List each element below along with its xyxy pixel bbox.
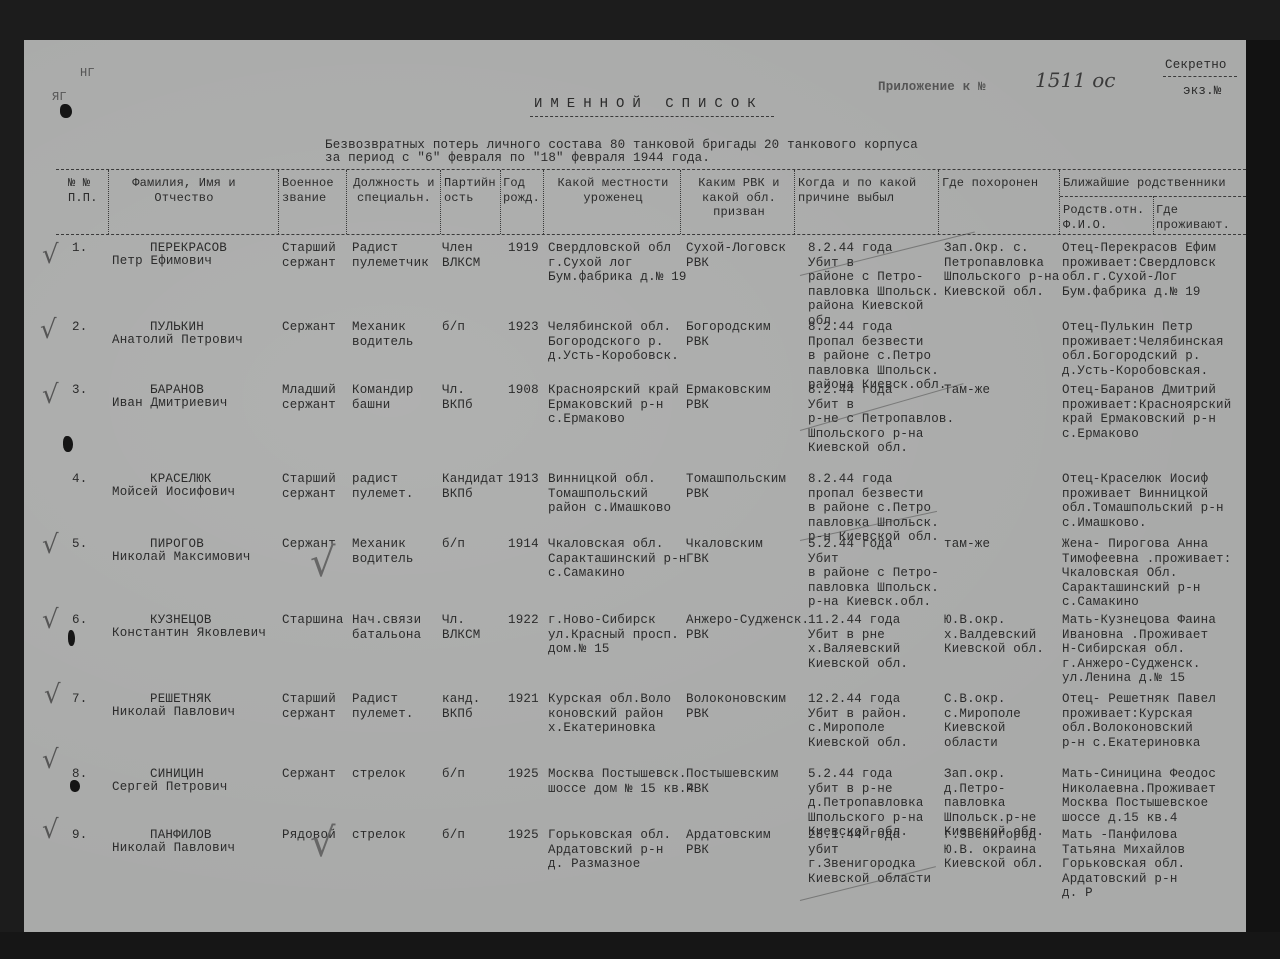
cell-num: 9. (72, 828, 87, 843)
cell-when-why: убит (808, 843, 839, 858)
cell-conscripted: ГВК (686, 552, 709, 567)
cell-rank: Младший (282, 383, 336, 398)
table-top-border (56, 169, 1246, 170)
col-header-relation: Родств.отн. Ф.И.О. (1063, 203, 1153, 232)
cell-origin: Москва Постышевск. (548, 767, 687, 782)
cell-rank: Старший (282, 692, 336, 707)
cell-position: Механик (352, 320, 406, 335)
col-divider (680, 170, 681, 234)
cell-conscripted: РВК (686, 843, 709, 858)
cell-buried: Ю.В. окраина (944, 843, 1036, 858)
cell-party: б/п (442, 320, 465, 335)
cell-buried: Там-же (944, 383, 990, 398)
check-mark-icon: √ (42, 380, 59, 410)
cell-relatives: обл.Волоконовский (1062, 721, 1193, 736)
cell-when-why: Шпольского р-на (808, 427, 924, 442)
cell-origin: х.Екатериновка (548, 721, 656, 736)
copy-label: экз.№ (1183, 84, 1222, 99)
cell-position: водитель (352, 552, 414, 567)
cell-relatives: Мать -Панфилова (1062, 828, 1178, 843)
cell-given: Петр Ефимович (112, 254, 212, 269)
cell-party: Кандидат (442, 472, 504, 487)
col-divider (278, 170, 279, 234)
check-mark-icon: √ (42, 745, 59, 775)
cell-given: Мойсей Иосифович (112, 485, 235, 500)
cell-when-why: 8.2.44 года (808, 320, 893, 335)
subtitle-line-2: за период с "6" февраля по "18" февраля … (325, 151, 710, 166)
cell-relatives: Саракташинский р-н (1062, 581, 1201, 596)
cell-num: 3. (72, 383, 87, 398)
cell-party: ВКПб (442, 707, 473, 722)
cell-relatives: д. Р (1062, 886, 1093, 901)
cell-when-why: Киевской обл. (808, 736, 908, 751)
cell-origin: с.Самакино (548, 566, 625, 581)
cell-when-why: 28.1.44 года (808, 828, 900, 843)
cell-origin: Томашпольский (548, 487, 648, 502)
cell-relatives: Чкаловская Обл. (1062, 566, 1178, 581)
cell-when-why: убит в р-не (808, 782, 893, 797)
cell-position: батальона (352, 628, 421, 643)
cell-buried: Зап.окр. (944, 767, 1006, 782)
cell-buried: Киевской обл. (944, 857, 1044, 872)
cell-rank: Сержант (282, 320, 336, 335)
cell-relatives: проживает:Курская (1062, 707, 1193, 722)
cell-relatives: Жена- Пирогова Анна (1062, 537, 1208, 552)
cell-relatives: д.Усть-Коробовская. (1062, 364, 1208, 379)
cell-party: канд. (442, 692, 481, 707)
table-header-border (56, 234, 1246, 235)
cell-when-why: 8.2.44 года (808, 241, 893, 256)
cell-conscripted: Анжеро-Судженск. (686, 613, 809, 628)
cell-party: Член (442, 241, 473, 256)
cell-relatives: край Ермаковский р-н (1062, 412, 1216, 427)
cell-origin: Богородского р. (548, 335, 664, 350)
cell-relatives: г.Анжеро-Судженск. (1062, 657, 1201, 672)
cell-party: Чл. (442, 613, 465, 628)
cell-relatives: Татьяна Михайлов (1062, 843, 1185, 858)
cell-conscripted: Томашпольским (686, 472, 786, 487)
cell-position: Механик (352, 537, 406, 552)
col-header-party: Партийность (444, 176, 498, 205)
cell-num: 8. (72, 767, 87, 782)
cell-when-why: пропал безвести (808, 487, 924, 502)
cell-relatives: Ардатовский р-н (1062, 872, 1178, 887)
cell-origin: Чкаловская обл. (548, 537, 664, 552)
cell-when-why: в районе с.Петро (808, 501, 931, 516)
cell-relatives: проживает:Свердловск (1062, 256, 1216, 271)
cell-origin: шоссе дом № 15 кв.4 (548, 782, 694, 797)
cell-num: 7. (72, 692, 87, 707)
cell-position: стрелок (352, 828, 406, 843)
col-divider (346, 170, 347, 234)
check-mark-icon: √ (42, 605, 59, 635)
cell-when-why: Киевской обл. (808, 657, 908, 672)
cell-when-why: Убит в (808, 398, 854, 413)
scan-edge-bottom (0, 932, 1280, 959)
cell-when-why: Киевской обл. (808, 441, 908, 456)
cell-origin: Курская обл.Воло (548, 692, 671, 707)
cell-origin: Винницкой обл. (548, 472, 656, 487)
cell-when-why: районе с Петро- (808, 270, 924, 285)
cell-relatives: шоссе д.15 кв.4 (1062, 811, 1178, 826)
cell-relatives: с.Имашково. (1062, 516, 1147, 531)
col-divider (543, 170, 544, 234)
cell-when-why: с.Мирополе (808, 721, 885, 736)
col-header-residence: Где проживают. (1156, 203, 1244, 232)
col-header-rank: Военное звание (282, 176, 344, 205)
cell-position: радист (352, 472, 398, 487)
margin-note-1: НГ (80, 66, 95, 81)
col-divider (108, 170, 109, 234)
check-mark-icon: √ (310, 820, 336, 866)
cell-given: Анатолий Петрович (112, 333, 243, 348)
cell-buried: х.Валдевский (944, 628, 1036, 643)
cell-conscripted: РВК (686, 628, 709, 643)
col-header-name: Фамилия, Имя и Отчество (114, 176, 254, 205)
cell-given: Николай Павлович (112, 705, 235, 720)
col-header-when-why: Когда и по какой причине выбыл (798, 176, 938, 205)
cell-conscripted: Ардатовским (686, 828, 771, 843)
cell-relatives: проживает:Красноярский (1062, 398, 1231, 413)
cell-position: башни (352, 398, 391, 413)
cell-num: 4. (72, 472, 87, 487)
cell-origin: ул.Красный просп. (548, 628, 679, 643)
cell-origin: Горьковская обл. (548, 828, 671, 843)
cell-position: стрелок (352, 767, 406, 782)
cell-position: пулемет. (352, 707, 414, 722)
ink-blot (60, 104, 72, 118)
cell-origin: Саракташинский р-н (548, 552, 687, 567)
cell-when-why: 11.2.44 года (808, 613, 900, 628)
cell-position: Командир (352, 383, 414, 398)
cell-rank: Старший (282, 472, 336, 487)
margin-note-2: ЯГ (52, 90, 67, 105)
cell-conscripted: РВК (686, 782, 709, 797)
col-header-position: Должность и специальн. (350, 176, 438, 205)
cell-buried: Киевской обл. (944, 285, 1044, 300)
cell-relatives: обл.Томашпольский р-н (1062, 501, 1224, 516)
cell-birth-year: 1923 (508, 320, 539, 335)
cell-when-why: Убит (808, 552, 839, 567)
cell-origin: Челябинской обл. (548, 320, 671, 335)
cell-conscripted: Волоконовским (686, 692, 786, 707)
cell-num: 2. (72, 320, 87, 335)
cell-when-why: р-на Киевск.обл. (808, 595, 931, 610)
cell-position: Нач.связи (352, 613, 421, 628)
cell-relatives: Горьковская обл. (1062, 857, 1185, 872)
cell-origin: коновский район (548, 707, 664, 722)
cell-given: Константин Яковлевич (112, 626, 266, 641)
cell-party: ВЛКСМ (442, 628, 481, 643)
cell-when-why: 8.2.44 года (808, 472, 893, 487)
check-mark-icon: √ (42, 530, 59, 560)
cell-when-why: х.Валяевский (808, 642, 900, 657)
cell-relatives: проживает Винницкой (1062, 487, 1208, 502)
cell-buried: Ю.В.окр. (944, 613, 1006, 628)
cell-rank: сержант (282, 487, 336, 502)
cell-when-why: района Киевской (808, 299, 924, 314)
cell-relatives: обл.Богородский р. (1062, 349, 1201, 364)
cell-rank: сержант (282, 398, 336, 413)
cell-origin: д.Усть-Коробовск. (548, 349, 679, 364)
cell-num: 5. (72, 537, 87, 552)
cell-conscripted: РВК (686, 398, 709, 413)
cell-when-why: 8.2.44 года (808, 383, 893, 398)
cell-buried: там-же (944, 537, 990, 552)
cell-conscripted: РВК (686, 707, 709, 722)
col-divider (500, 170, 501, 234)
cell-conscripted: РВК (686, 335, 709, 350)
divider (1163, 76, 1237, 77)
cell-buried: С.В.окр. (944, 692, 1006, 707)
cell-num: 6. (72, 613, 87, 628)
cell-buried: павловка (944, 796, 1006, 811)
cell-rank: Сержант (282, 767, 336, 782)
cell-birth-year: 1908 (508, 383, 539, 398)
cell-when-why: д.Петропавловка (808, 796, 924, 811)
cell-origin: г.Ново-Сибирск (548, 613, 656, 628)
cell-rank: сержант (282, 256, 336, 271)
cell-position: Радист (352, 692, 398, 707)
col-divider (938, 170, 939, 234)
cell-conscripted: РВК (686, 256, 709, 271)
cell-rank: Старший (282, 241, 336, 256)
cell-when-why: в районе с Петро- (808, 566, 939, 581)
cell-when-why: 12.2.44 года (808, 692, 900, 707)
cell-conscripted: РВК (686, 487, 709, 502)
cell-relatives: проживает:Челябинская (1062, 335, 1224, 350)
cell-party: ВКПб (442, 398, 473, 413)
cell-when-why: Убит в район. (808, 707, 908, 722)
cell-when-why: 5.2.44 года (808, 537, 893, 552)
cell-relatives: Отец- Решетняк Павел (1062, 692, 1216, 707)
cell-when-why: 5.2.44 года (808, 767, 893, 782)
scan-edge-right (1246, 40, 1280, 940)
cell-conscripted: Постышевским (686, 767, 778, 782)
secret-label: Секретно (1165, 58, 1227, 73)
cell-origin: район с.Имашково (548, 501, 671, 516)
cell-conscripted: Чкаловским (686, 537, 763, 552)
check-mark-icon: √ (44, 680, 61, 710)
cell-position: водитель (352, 335, 414, 350)
cell-origin: Красноярский край (548, 383, 679, 398)
cell-buried: области (944, 736, 998, 751)
cell-rank: Старшина (282, 613, 344, 628)
ink-blot (63, 436, 73, 452)
cell-party: ВЛКСМ (442, 256, 481, 271)
cell-origin: Ермаковский р-н (548, 398, 664, 413)
cell-relatives: Мать-Кузнецова Фаина (1062, 613, 1216, 628)
cell-relatives: Тимофеевна .проживает: (1062, 552, 1231, 567)
col-header-num: № № П.П. (68, 176, 108, 205)
cell-party: б/п (442, 537, 465, 552)
cell-position: Радист (352, 241, 398, 256)
cell-given: Сергей Петрович (112, 780, 228, 795)
cell-when-why: павловка Шпольск. (808, 516, 939, 531)
cell-when-why: Пропал безвести (808, 335, 924, 350)
cell-birth-year: 1925 (508, 767, 539, 782)
cell-when-why: павловка Шпольск. (808, 364, 939, 379)
cell-num: 1. (72, 241, 87, 256)
cell-buried: г.Звенигород (944, 828, 1036, 843)
cell-relatives: Н-Сибирская обл. (1062, 642, 1185, 657)
cell-buried: с.Мирополе (944, 707, 1021, 722)
cell-relatives: Отец-Пулькин Петр (1062, 320, 1193, 335)
cell-buried: Киевской обл. (944, 642, 1044, 657)
cell-party: б/п (442, 767, 465, 782)
cell-relatives: Николаевна.Проживает (1062, 782, 1216, 797)
cell-origin: Бум.фабрика д.№ 19 (548, 270, 687, 285)
cell-relatives: Москва Постышевское (1062, 796, 1208, 811)
cell-when-why: г.Звенигородка (808, 857, 916, 872)
cell-relatives: Ивановна .Проживает (1062, 628, 1208, 643)
cell-origin: г.Сухой лог (548, 256, 633, 271)
cell-when-why: Киевской области (808, 872, 931, 887)
col-header-relatives: Ближайшие родственники (1063, 176, 1226, 191)
ink-blot (68, 630, 75, 646)
cell-relatives: Мать-Синицина Феодос (1062, 767, 1216, 782)
cell-birth-year: 1921 (508, 692, 539, 707)
cell-conscripted: Богородским (686, 320, 771, 335)
cell-given: Николай Павлович (112, 841, 235, 856)
appendix-number: 1511 ос (1035, 68, 1116, 92)
col-divider (440, 170, 441, 234)
cell-buried: Киевской (944, 721, 1006, 736)
cell-when-why: павловка Шпольск. (808, 285, 939, 300)
cell-relatives: Бум.фабрика д.№ 19 (1062, 285, 1201, 300)
cell-origin: Ардатовский р-н (548, 843, 664, 858)
cell-given: Иван Дмитриевич (112, 396, 228, 411)
cell-birth-year: 1919 (508, 241, 539, 256)
title-underline (530, 116, 774, 117)
col-header-origin: Какой местности уроженец (548, 176, 678, 205)
appendix-label: Приложение к № (878, 80, 986, 95)
ink-blot (70, 780, 80, 792)
cell-rank: сержант (282, 707, 336, 722)
cell-birth-year: 1922 (508, 613, 539, 628)
check-mark-icon: √ (42, 240, 59, 270)
cell-relatives: обл.г.Сухой-Лог (1062, 270, 1178, 285)
cell-party: б/п (442, 828, 465, 843)
cell-origin: дом.№ 15 (548, 642, 610, 657)
cell-party: ВКПб (442, 487, 473, 502)
cell-relatives: с.Самакино (1062, 595, 1139, 610)
cell-relatives: р-н с.Екатериновка (1062, 736, 1201, 751)
cell-when-why: павловка Шпольск. (808, 581, 939, 596)
cell-origin: с.Ермаково (548, 412, 625, 427)
cell-when-why: Убит в рне (808, 628, 885, 643)
page-title: ИМЕННОЙ СПИСОК (534, 97, 764, 112)
check-mark-icon: √ (40, 315, 57, 345)
cell-when-why: в районе с.Петро (808, 349, 931, 364)
cell-given: Николай Максимович (112, 550, 251, 565)
cell-origin: д. Размазное (548, 857, 640, 872)
cell-conscripted: Сухой-Логовск (686, 241, 786, 256)
cell-relatives: Отец-Краселюк Иосиф (1062, 472, 1208, 487)
cell-when-why: р-не с Петропавлов. (808, 412, 954, 427)
check-mark-icon: √ (42, 815, 59, 845)
cell-buried: Петропавловка (944, 256, 1044, 271)
cell-birth-year: 1913 (508, 472, 539, 487)
cell-origin: Свердловской обл (548, 241, 671, 256)
cell-position: пулеметчик (352, 256, 429, 271)
col-header-buried: Где похоронен (942, 176, 1060, 191)
col-header-birth-year: Год рожд. (503, 176, 543, 205)
cell-buried: д.Петро- (944, 782, 1006, 797)
cell-relatives: Отец-Перекрасов Ефим (1062, 241, 1216, 256)
cell-relatives: с.Ермаково (1062, 427, 1139, 442)
col-header-conscripted: Каким РВК и какой обл. призван (684, 176, 794, 220)
cell-buried: Шпольск.р-не (944, 811, 1036, 826)
col-divider (794, 170, 795, 234)
cell-relatives: ул.Ленина д.№ 15 (1062, 671, 1185, 686)
cell-when-why: Шпольского р-на (808, 811, 924, 826)
cell-buried: Зап.Окр. с. (944, 241, 1029, 256)
cell-conscripted: Ермаковским (686, 383, 771, 398)
cell-birth-year: 1914 (508, 537, 539, 552)
cell-relatives: Отец-Баранов Дмитрий (1062, 383, 1216, 398)
col-divider (1153, 196, 1154, 234)
cell-buried: Шпольского р-на (944, 270, 1060, 285)
cell-position: пулемет. (352, 487, 414, 502)
check-mark-icon: √ (310, 540, 336, 586)
cell-birth-year: 1925 (508, 828, 539, 843)
cell-party: Чл. (442, 383, 465, 398)
